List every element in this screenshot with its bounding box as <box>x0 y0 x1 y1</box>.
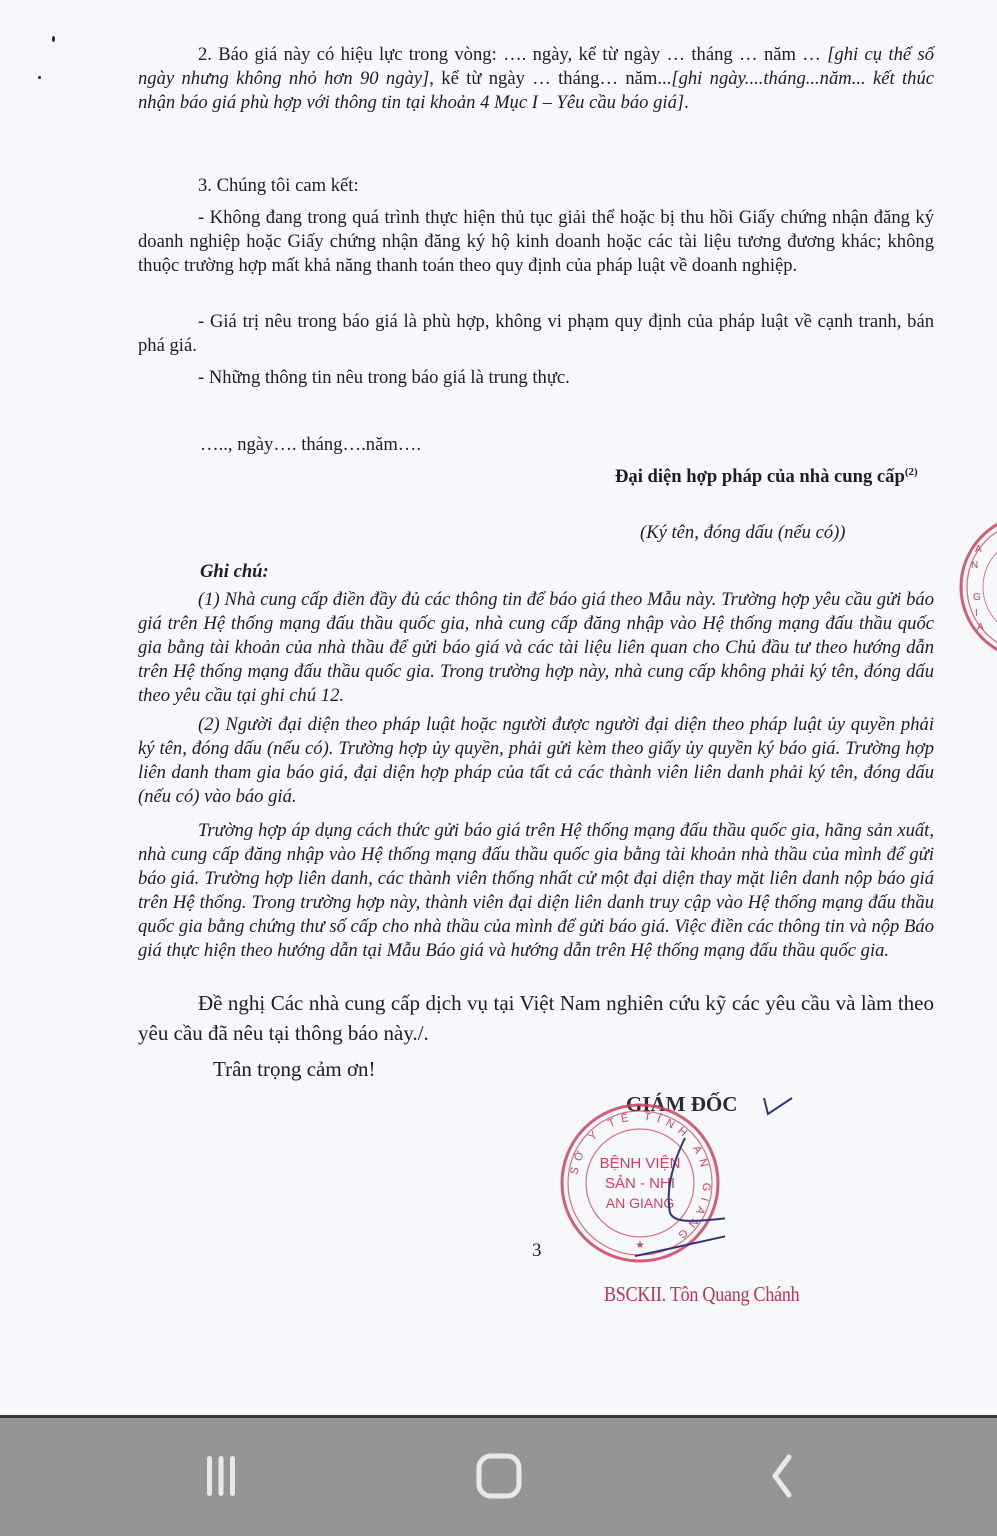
recent-apps-button[interactable] <box>196 1452 246 1500</box>
note-item: (2) Người đại diện theo pháp luật hoặc n… <box>138 713 934 809</box>
commitment-item: - Những thông tin nêu trong báo giá là t… <box>138 366 934 390</box>
representative-title: Đại diện hợp pháp của nhà cung cấp(2) <box>615 466 918 488</box>
svg-text:AN GIANG: AN GIANG <box>606 1195 674 1211</box>
request-text: Đề nghị Các nhà cung cấp dịch vụ tại Việ… <box>138 988 934 1048</box>
edge-stamp-icon: A N G I A <box>923 512 997 662</box>
note-item: Trường hợp áp dụng cách thức gửi báo giá… <box>138 819 934 963</box>
document-page: 2. Báo giá này có hiệu lực trong vòng: …… <box>0 0 997 1418</box>
svg-text:G: G <box>973 592 981 603</box>
svg-text:I: I <box>975 608 978 619</box>
svg-text:BỆNH VIỆN: BỆNH VIỆN <box>600 1155 681 1172</box>
commitment-item: - Giá trị nêu trong báo giá là phù hợp, … <box>138 310 934 358</box>
recent-apps-icon <box>201 1454 241 1498</box>
svg-text:A: A <box>977 622 984 633</box>
commitment-heading: 3. Chúng tôi cam kết: <box>138 174 934 198</box>
signer-name: BSCKII. Tôn Quang Chánh <box>604 1282 799 1307</box>
note-item: (1) Nhà cung cấp điền đầy đủ các thông t… <box>138 588 934 708</box>
thanks-text: Trân trọng cảm ơn! <box>213 1054 376 1084</box>
commitment-item: - Không đang trong quá trình thực hiện t… <box>138 206 934 278</box>
scan-speck <box>38 76 41 79</box>
home-button[interactable] <box>472 1452 526 1500</box>
back-button[interactable] <box>762 1452 802 1500</box>
signature-tick-icon <box>760 1092 796 1122</box>
android-nav-bar <box>0 1418 997 1536</box>
sign-note: (Ký tên, đóng dấu (nếu có)) <box>640 522 846 544</box>
date-line: ….., ngày…. tháng….năm…. <box>200 434 421 456</box>
hospital-stamp-icon: SỞ Y TẾ TỈNH AN GIANG BỆNH VIỆN SẢN - NH… <box>555 1098 725 1268</box>
scan-speck <box>52 36 55 42</box>
svg-text:SẢN - NHI: SẢN - NHI <box>605 1175 675 1192</box>
svg-text:★: ★ <box>636 1240 645 1251</box>
svg-text:N: N <box>971 560 978 571</box>
back-icon <box>767 1453 797 1499</box>
svg-text:A: A <box>975 544 982 555</box>
page-number: 3 <box>532 1240 542 1262</box>
home-icon <box>475 1453 523 1499</box>
validity-paragraph: 2. Báo giá này có hiệu lực trong vòng: …… <box>138 43 934 115</box>
notes-heading: Ghi chú: <box>200 561 269 583</box>
